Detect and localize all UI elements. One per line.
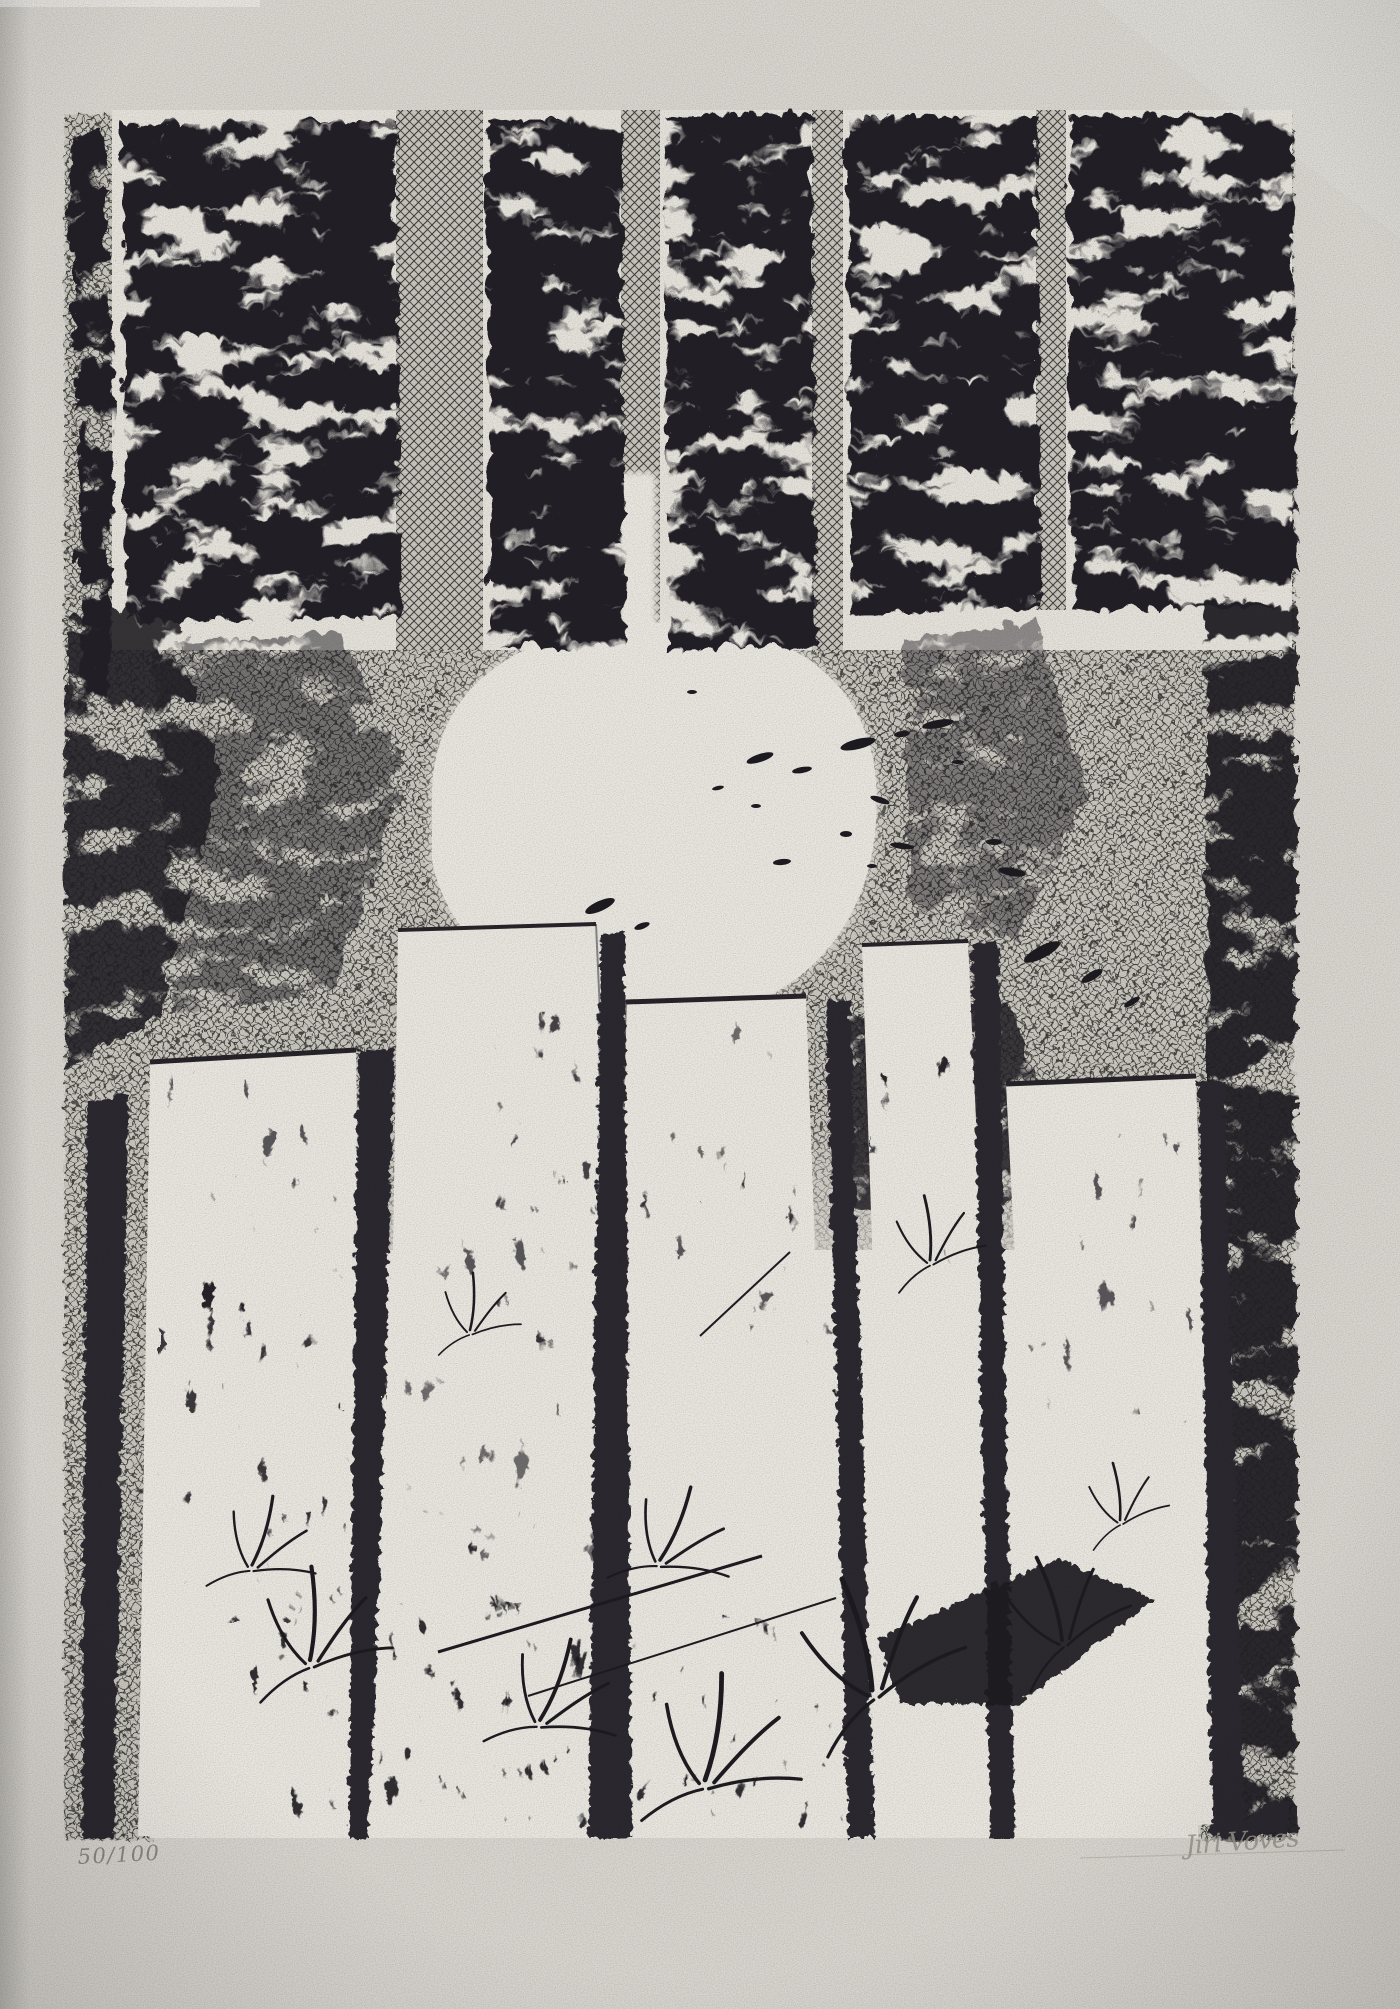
lithograph-print: 50/100 Jiri Voves (0, 0, 1400, 2009)
artwork-photo: 50/100 Jiri Voves (0, 0, 1400, 2009)
photo-vignette (0, 0, 1400, 2009)
